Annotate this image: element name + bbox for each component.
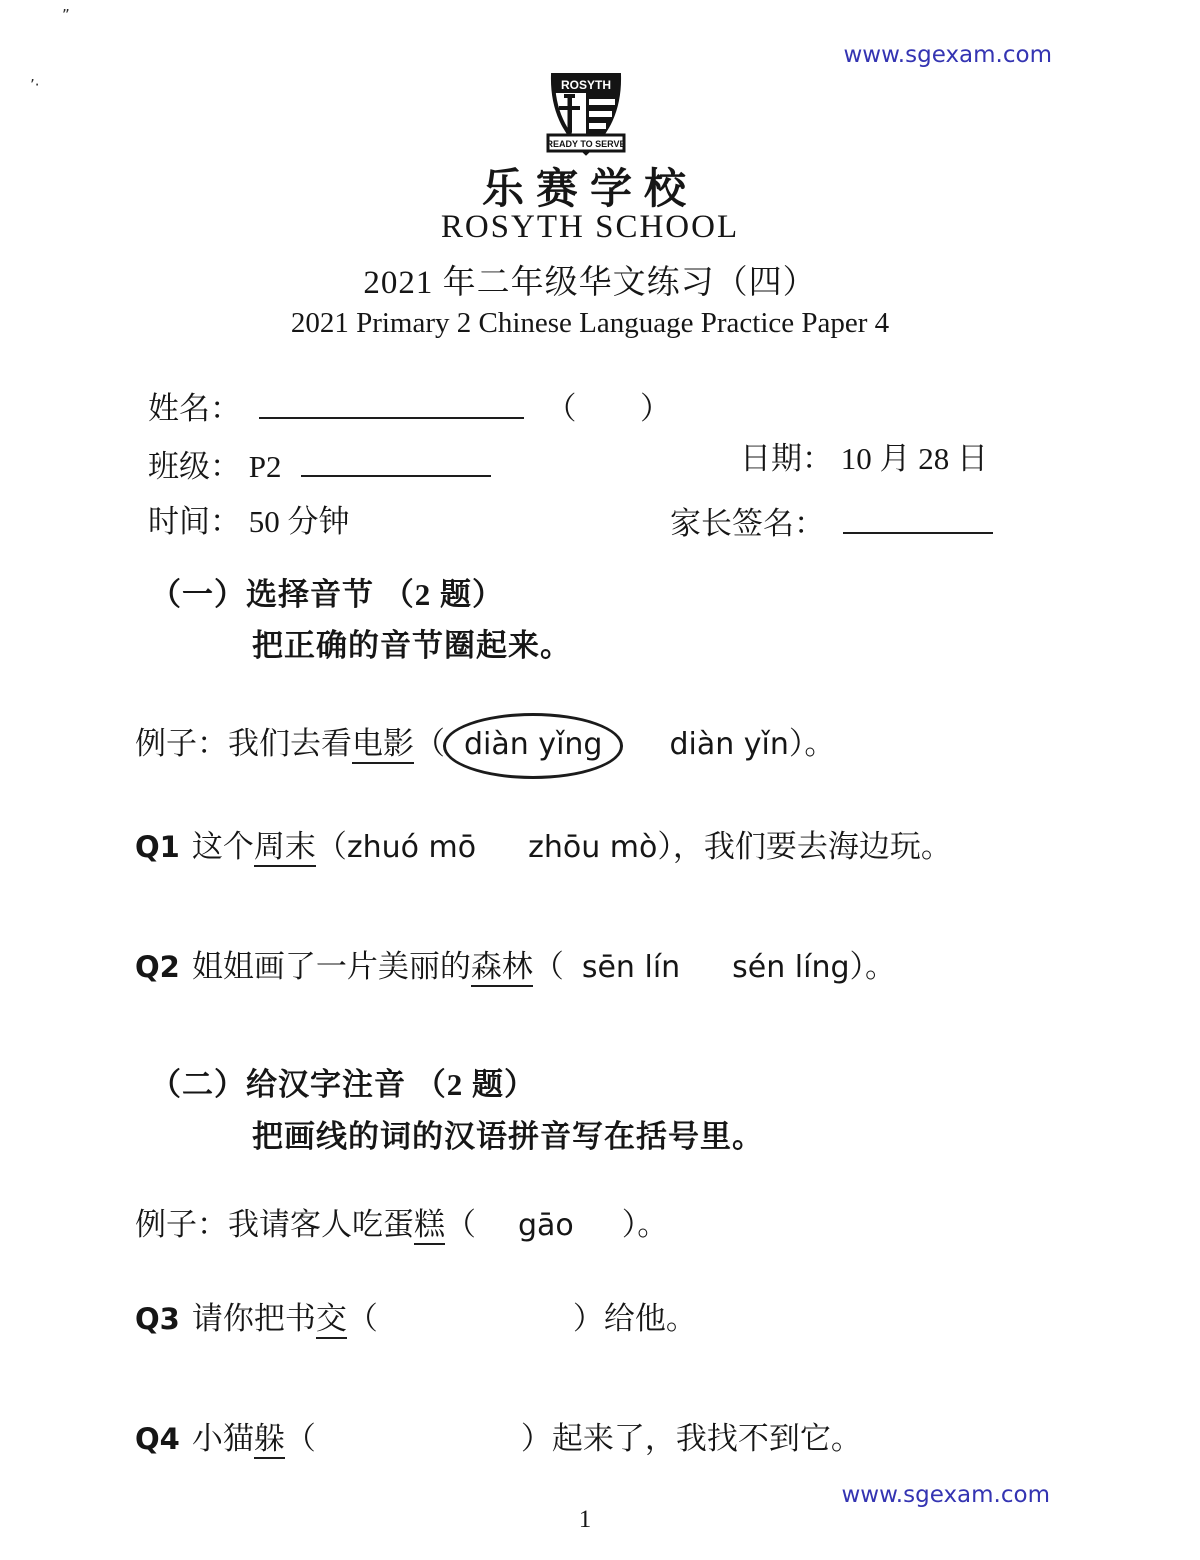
question-underlined-word: 躲 — [254, 1421, 285, 1459]
paren-close: ）。 — [789, 726, 836, 761]
paren-open: （ — [533, 949, 564, 984]
paren-close: ）。 — [622, 1207, 669, 1242]
pinyin-option-2: zhōu mò — [528, 830, 657, 865]
class-value: P2 — [249, 449, 282, 484]
paren-open: （ — [316, 829, 347, 864]
question-underlined-word: 交 — [316, 1301, 347, 1339]
section1-example: 例子：我们去看电影（diàn yǐngdiàn yǐn）。 — [135, 725, 835, 767]
circled-answer: diàn yǐng — [443, 713, 623, 779]
section1-instruction: 把正确的音节圈起来。 — [252, 627, 572, 666]
question-number: Q1 — [135, 830, 180, 864]
time-label: 时间： — [148, 504, 241, 539]
example-lead: 例子：我请客人吃蛋 — [135, 1207, 414, 1242]
signature-row: 家长签名： — [670, 500, 993, 544]
paren-close: ）， — [657, 829, 704, 864]
question-lead: 请你把书 — [192, 1301, 316, 1336]
question-number: Q4 — [135, 1422, 180, 1456]
question-tail: 给他。 — [604, 1301, 697, 1336]
example-underlined-word: 电影 — [352, 726, 414, 764]
date-row: 日期： 10 月 28 日 — [740, 440, 988, 479]
watermark-bottom: www.sgexam.com — [841, 1482, 1050, 1508]
time-value: 50 分钟 — [249, 504, 350, 539]
paren-open: （ — [414, 726, 445, 761]
question-tail: 起来了，我找不到它。 — [552, 1421, 862, 1456]
question-q3: Q3请你把书交（）给他。 — [135, 1300, 697, 1339]
class-blank-field — [301, 443, 491, 477]
school-crest-logo: ROSYTH READY TO SERVE — [542, 72, 630, 160]
pinyin-option-1: zhuó mō — [347, 830, 476, 865]
class-label: 班级： — [148, 449, 241, 484]
page-number: 1 — [0, 1506, 1170, 1534]
date-label: 日期： — [740, 441, 833, 476]
example-lead: 例子：我们去看 — [135, 726, 352, 761]
pinyin-answer: gāo — [518, 1208, 574, 1243]
crest-bottom-banner-text: READY TO SERVE — [546, 139, 625, 149]
paper-title-english: 2021 Primary 2 Chinese Language Practice… — [0, 307, 1180, 340]
pinyin-option-1: sēn lín — [582, 950, 680, 985]
crest-shield-icon: ROSYTH READY TO SERVE — [542, 72, 630, 160]
question-q1: Q1这个周末（zhuó mōzhōu mò），我们要去海边玩。 — [135, 828, 952, 867]
paren-open: （ — [285, 1421, 316, 1456]
date-value: 10 月 28 日 — [841, 441, 988, 476]
name-row: 姓名： （ ） — [148, 385, 671, 429]
section2-heading: （二）给汉字注音 （2 题） — [150, 1066, 536, 1105]
time-row: 时间： 50 分钟 — [148, 503, 350, 542]
pinyin-option-alt: diàn yǐn — [669, 727, 788, 762]
scan-artifact: ’· — [30, 76, 40, 94]
question-tail: 我们要去海边玩。 — [704, 829, 952, 864]
question-number: Q2 — [135, 950, 180, 984]
watermark-top: www.sgexam.com — [843, 42, 1052, 68]
section2-instruction: 把画线的词的汉语拼音写在括号里。 — [252, 1118, 764, 1157]
school-name-chinese: 乐赛学校 — [0, 156, 1180, 216]
signature-blank-field — [843, 500, 993, 534]
paren-close: ）。 — [850, 949, 897, 984]
paren-open: （ — [445, 1207, 476, 1242]
paren-close: ） — [573, 1301, 604, 1336]
question-q4: Q4小猫躲（）起来了，我找不到它。 — [135, 1420, 862, 1459]
document-page: ” ’· www.sgexam.com ROSYTH READY TO SERV… — [0, 0, 1200, 1560]
question-number: Q3 — [135, 1302, 180, 1336]
question-lead: 这个 — [192, 829, 254, 864]
paren-open: （ — [546, 391, 577, 426]
crest-top-banner-text: ROSYTH — [561, 78, 611, 92]
example-underlined-word: 糕 — [414, 1207, 445, 1245]
paper-title-chinese: 2021 年二年级华文练习（四） — [0, 256, 1180, 303]
question-underlined-word: 森林 — [471, 949, 533, 987]
question-lead: 姐姐画了一片美丽的 — [192, 949, 471, 984]
name-label: 姓名： — [148, 391, 241, 426]
paren-open: （ — [347, 1301, 378, 1336]
scan-artifact: ” — [62, 6, 70, 24]
question-underlined-word: 周末 — [254, 829, 316, 867]
question-lead: 小猫 — [192, 1421, 254, 1456]
section1-heading: （一）选择音节 （2 题） — [150, 576, 504, 615]
pinyin-option-circled: diàn yǐng — [464, 727, 602, 762]
paren-close: ） — [640, 391, 671, 426]
paren-close: ） — [521, 1421, 552, 1456]
class-row: 班级： P2 — [148, 443, 491, 487]
school-name-english: ROSYTH SCHOOL — [0, 209, 1180, 246]
name-blank-field — [259, 385, 524, 419]
question-q2: Q2姐姐画了一片美丽的森林（sēn línsén líng）。 — [135, 948, 896, 987]
pinyin-option-2: sén líng — [732, 950, 849, 985]
section2-example: 例子：我请客人吃蛋糕（gāo）。 — [135, 1206, 668, 1245]
signature-label: 家长签名： — [670, 506, 825, 541]
